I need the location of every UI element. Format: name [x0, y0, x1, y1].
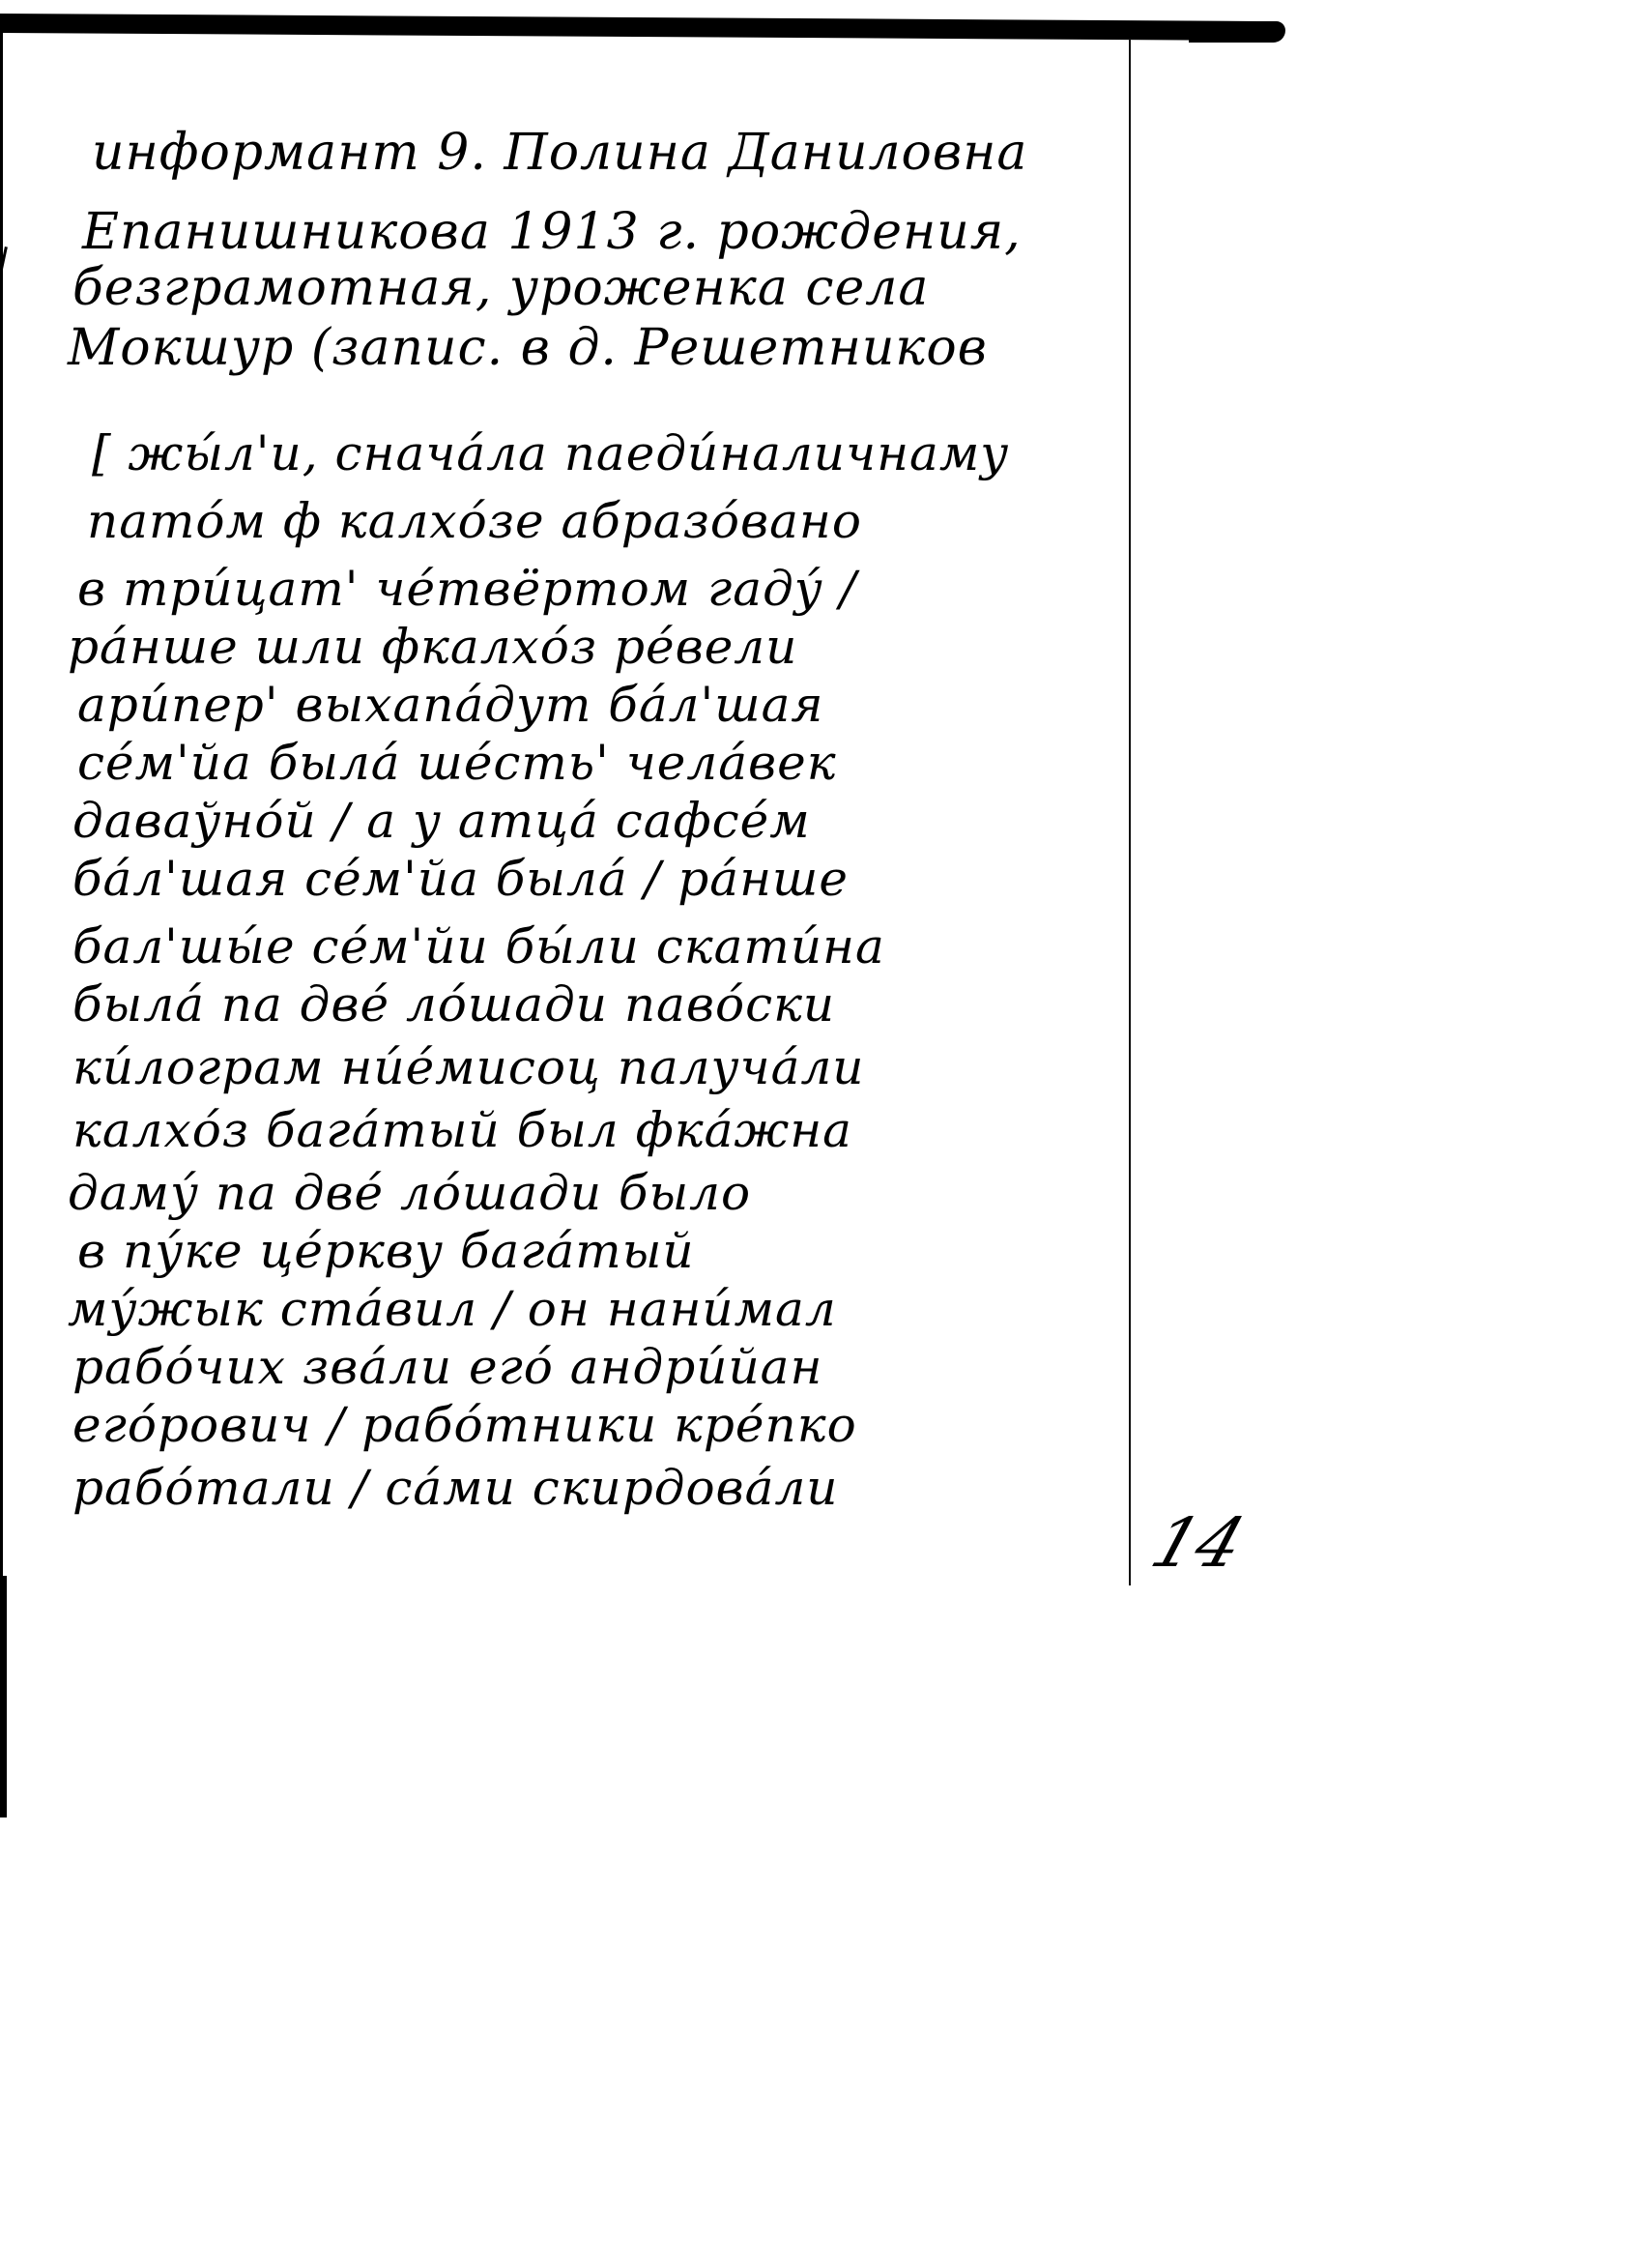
body-line: пато́м ф калхо́зе абразо́вано [87, 493, 862, 549]
header-line: Епанишникова 1913 г. рождения, [82, 203, 1022, 261]
top-edge-curl [1189, 21, 1285, 43]
body-line: се́м'йа была́ ше́сть' чела́век [77, 735, 837, 791]
right-margin-line [1129, 39, 1131, 1585]
body-line: в пу́ке це́ркву бага́тый [77, 1223, 695, 1279]
body-line: рабо́тали / са́ми скирдова́ли [72, 1460, 839, 1516]
body-line: ки́лограм ни́е́мисоц палуча́ли [72, 1039, 865, 1095]
page-number: 14 [1142, 1503, 1254, 1583]
body-line: му́жык ста́вил / он нани́мал [68, 1281, 837, 1337]
body-line: даваўно́й / а у атца́ сафсе́м [72, 793, 811, 849]
left-edge-black-segment [0, 1576, 7, 1817]
body-line: была́ па две́ ло́шади паво́ски [72, 976, 835, 1032]
header-line: Мокшур (запис. в д. Решетников [68, 319, 988, 377]
top-edge-black-bar [0, 14, 1276, 41]
body-line: ра́нше шли фкалхо́з ре́вели [68, 619, 797, 675]
header-line: безграмотная, уроженка села [72, 259, 929, 317]
body-line: даму́ па две́ ло́шади было [68, 1165, 751, 1221]
body-line: [ жы́л'и, снача́ла паеди́наличнаму [92, 425, 1009, 481]
body-line: калхо́з бага́тый был фка́жна [72, 1102, 852, 1158]
body-line: рабо́чих зва́ли его́ андри́йан [72, 1339, 822, 1395]
body-line: бал'шы́е се́м'йи бы́ли скати́на [72, 918, 885, 974]
body-line: ба́л'шая се́м'йа была́ / ра́нше [72, 851, 849, 907]
body-line: ари́пер' выхапа́дут ба́л'шая [77, 677, 824, 733]
scanned-page: информант 9. Полина Даниловна Епанишнико… [0, 0, 1643, 2268]
body-line: в три́цат' че́твёртом гаду́ / [77, 561, 857, 617]
header-line: информант 9. Полина Даниловна [92, 124, 1027, 182]
body-line: его́рович / рабо́тники кре́пко [72, 1397, 857, 1453]
